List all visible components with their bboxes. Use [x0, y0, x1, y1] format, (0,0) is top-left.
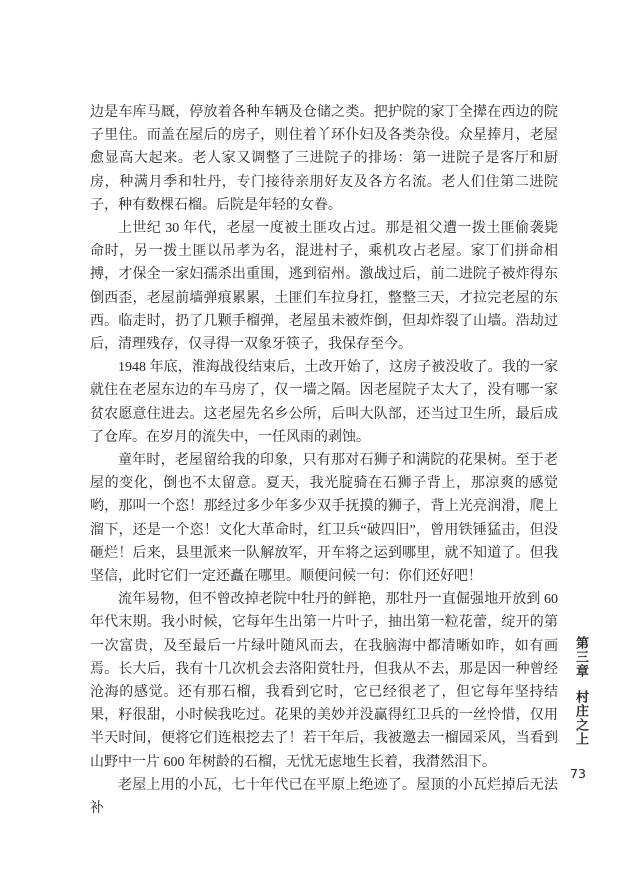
chapter-marker: 第三章村庄之上 — [571, 636, 590, 746]
paragraph: 童年时，老屋留给我的印象，只有那对石狮子和满院的花果树。至于老屋的变化，倒也不太… — [90, 449, 558, 588]
chapter-number-label: 第三章 — [573, 636, 588, 678]
book-page: 边是车库马厩，停放着各种车辆及仓储之类。把护院的家丁全撵在西边的院子里住。而盖在… — [0, 0, 634, 891]
paragraph: 老屋上用的小瓦，七十年代已在平原上绝迹了。屋顶的小瓦烂掉后无法补 — [90, 774, 558, 820]
paragraph: 流年易物，但不曾改掉老院中牡丹的鲜艳，那牡丹一直倔强地开放到 60 年代末期。我… — [90, 588, 558, 774]
chapter-title-label: 村庄之上 — [573, 690, 588, 746]
paragraph: 上世纪 30 年代，老屋一度被土匪攻占过。那是祖父遭一拨土匪偷袭毙命时，另一拨土… — [90, 217, 558, 356]
page-number: 73 — [570, 766, 586, 781]
paragraph: 1948 年底，淮海战役结束后，土改开始了，这房子被没收了。我的一家就住在老屋东… — [90, 356, 558, 449]
page-body-text: 边是车库马厩，停放着各种车辆及仓储之类。把护院的家丁全撵在西边的院子里住。而盖在… — [90, 101, 558, 820]
paragraph: 边是车库马厩，停放着各种车辆及仓储之类。把护院的家丁全撵在西边的院子里住。而盖在… — [90, 101, 558, 217]
